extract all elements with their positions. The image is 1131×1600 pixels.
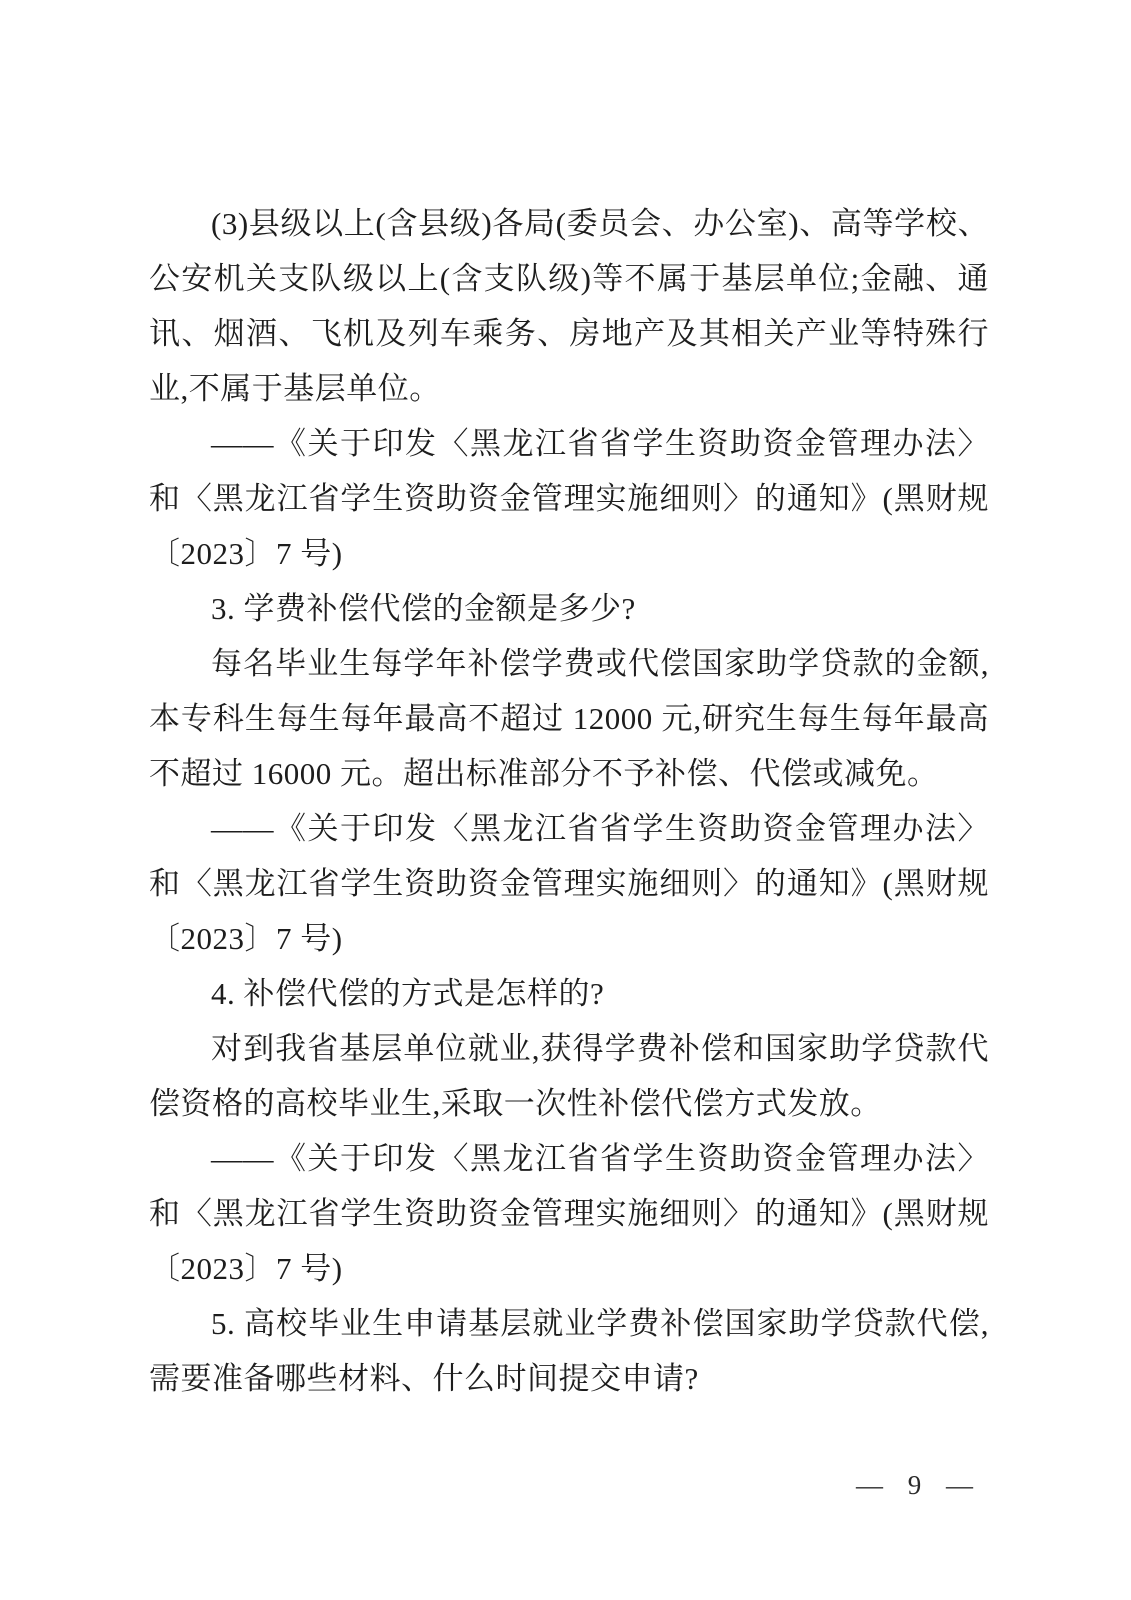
- answer-3-paragraph: 每名毕业生每学年补偿学费或代偿国家助学贷款的金额,本专科生每生每年最高不超过 1…: [149, 636, 989, 801]
- page-footer: — 9 —: [856, 1468, 975, 1502]
- answer-4-paragraph: 对到我省基层单位就业,获得学费补偿和国家助学贷款代偿资格的高校毕业生,采取一次性…: [149, 1021, 989, 1131]
- question-4-heading: 4. 补偿代偿的方式是怎样的?: [149, 966, 989, 1021]
- citation-notice-2: ——《关于印发〈黑龙江省省学生资助资金管理办法〉和〈黑龙江省学生资助资金管理实施…: [149, 801, 989, 966]
- question-3-heading: 3. 学费补偿代偿的金额是多少?: [149, 581, 989, 636]
- page-number: — 9 —: [856, 1470, 975, 1500]
- clause-3-paragraph: (3)县级以上(含县级)各局(委员会、办公室)、高等学校、公安机关支队级以上(含…: [149, 196, 989, 416]
- document-body: (3)县级以上(含县级)各局(委员会、办公室)、高等学校、公安机关支队级以上(含…: [149, 196, 989, 1406]
- citation-notice-1: ——《关于印发〈黑龙江省省学生资助资金管理办法〉和〈黑龙江省学生资助资金管理实施…: [149, 416, 989, 581]
- document-page: (3)县级以上(含县级)各局(委员会、办公室)、高等学校、公安机关支队级以上(含…: [0, 0, 1131, 1600]
- question-5-heading: 5. 高校毕业生申请基层就业学费补偿国家助学贷款代偿,需要准备哪些材料、什么时间…: [149, 1296, 989, 1406]
- citation-notice-3: ——《关于印发〈黑龙江省省学生资助资金管理办法〉和〈黑龙江省学生资助资金管理实施…: [149, 1131, 989, 1296]
